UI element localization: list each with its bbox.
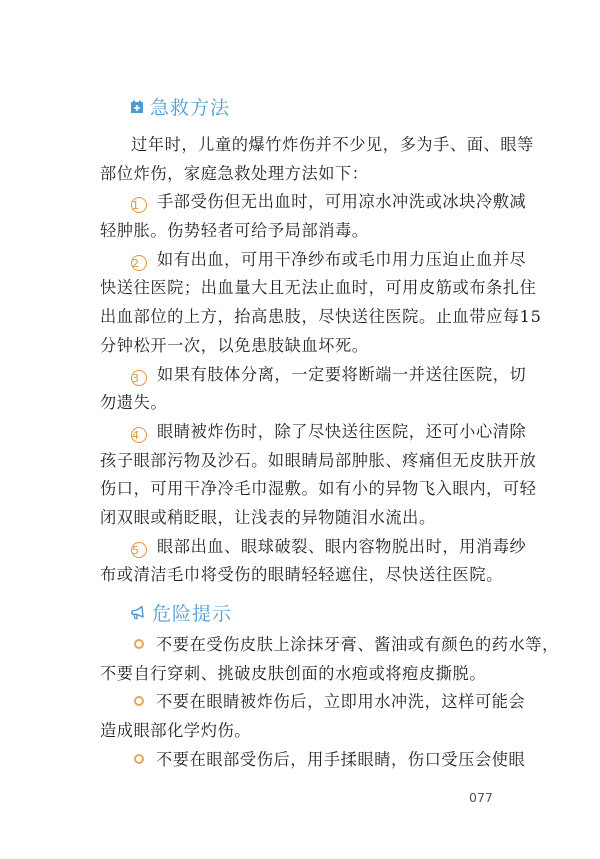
list-item-4: 4眼睛被炸伤时，除了尽快送往医院，还可小心清除	[100, 418, 504, 447]
item-text: 眼部出血、眼球破裂、眼内容物脱出时，用消毒纱	[157, 537, 526, 556]
item-line: 分钟松开一次，以免患肢缺血坏死。	[100, 332, 504, 361]
tip-text: 不要在眼部受伤后，用手揉眼睛，伤口受压会使眼	[156, 750, 525, 769]
megaphone-icon	[130, 605, 146, 620]
tip-item-2: 不要在眼睛被炸伤后，立即用水冲洗，这样可能会	[100, 688, 504, 717]
number-marker-1: 1	[131, 197, 147, 213]
item-line: 闭双眼或稍眨眼，让浅表的异物随泪水流出。	[100, 504, 504, 533]
intro-line: 部位炸伤，家庭急救处理方法如下：	[100, 160, 504, 189]
number-marker-5: 5	[131, 542, 147, 558]
item-text: 眼睛被炸伤时，除了尽快送往医院，还可小心清除	[157, 422, 526, 441]
bullet-circle-icon	[134, 639, 144, 649]
tip-item-3: 不要在眼部受伤后，用手揉眼睛，伤口受压会使眼	[100, 746, 504, 775]
page-number: 077	[469, 790, 493, 805]
section-title-text: 急救方法	[150, 93, 230, 120]
first-aid-body: 过年时，儿童的爆竹炸伤并不少见，多为手、面、眼等 部位炸伤，家庭急救处理方法如下…	[100, 131, 504, 590]
item-line: 快送往医院；出血量大且无法止血时，可用皮筋或布条扎住	[100, 274, 504, 303]
item-line: 轻肿胀。伤势轻者可给予局部消毒。	[100, 217, 504, 246]
bullet-circle-icon	[134, 696, 144, 706]
item-line: 布或清洁毛巾将受伤的眼睛轻轻遮住，尽快送往医院。	[100, 561, 504, 590]
list-item-3: 3如果有肢体分离，一定要将断端一并送往医院，切	[100, 361, 504, 390]
item-line: 勿遗失。	[100, 389, 504, 418]
item-line: 出血部位的上方，抬高患肢，尽快送往医院。止血带应每15	[100, 303, 504, 332]
tip-line: 造成眼部化学灼伤。	[100, 717, 504, 746]
bullet-circle-icon	[134, 754, 144, 764]
list-item-1: 1手部受伤但无出血时，可用凉水冲洗或冰块冷敷减	[100, 188, 504, 217]
medical-kit-icon	[130, 100, 144, 114]
item-line: 伤口，可用干净冷毛巾湿敷。如有小的异物飞入眼内，可轻	[100, 475, 504, 504]
danger-tips-body: 不要在受伤皮肤上涂抹牙膏、酱油或有颜色的药水等， 不要自行穿刺、挑破皮肤创面的水…	[100, 631, 504, 774]
number-marker-2: 2	[131, 255, 147, 271]
list-item-5: 5眼部出血、眼球破裂、眼内容物脱出时，用消毒纱	[100, 533, 504, 562]
list-item-2: 2如有出血，可用干净纱布或毛巾用力压迫止血并尽	[100, 246, 504, 275]
item-text: 如有出血，可用干净纱布或毛巾用力压迫止血并尽	[157, 250, 526, 269]
section-title-text: 危险提示	[152, 599, 232, 626]
item-text: 如果有肢体分离，一定要将断端一并送往医院，切	[157, 365, 526, 384]
section-title-first-aid: 急救方法	[130, 93, 230, 120]
number-marker-4: 4	[131, 427, 147, 443]
number-marker-3: 3	[131, 370, 147, 386]
item-line: 孩子眼部污物及沙石。如眼睛局部肿胀、疼痛但无皮肤开放	[100, 447, 504, 476]
tip-text: 不要在眼睛被炸伤后，立即用水冲洗，这样可能会	[156, 692, 525, 711]
tip-text: 不要在受伤皮肤上涂抹牙膏、酱油或有颜色的药水等，	[156, 635, 559, 654]
item-text: 手部受伤但无出血时，可用凉水冲洗或冰块冷敷减	[157, 192, 526, 211]
tip-item-1: 不要在受伤皮肤上涂抹牙膏、酱油或有颜色的药水等，	[100, 631, 504, 660]
intro-line: 过年时，儿童的爆竹炸伤并不少见，多为手、面、眼等	[100, 131, 504, 160]
section-title-danger-tips: 危险提示	[130, 599, 232, 626]
tip-line: 不要自行穿刺、挑破皮肤创面的水疱或将疱皮撕脱。	[100, 660, 504, 689]
